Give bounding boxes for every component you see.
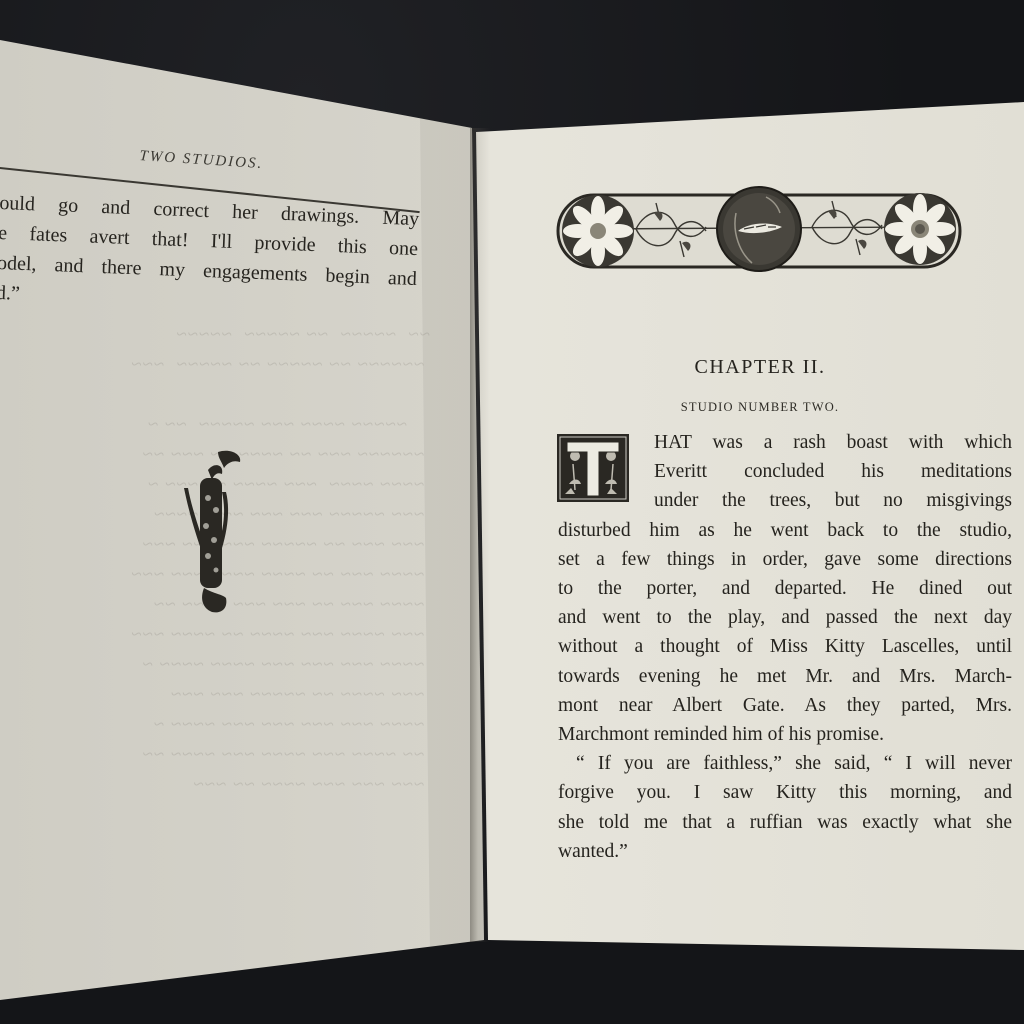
- book-gutter: [470, 128, 490, 942]
- text-line: “ If you are faithless,” she said, “ I w…: [558, 749, 1012, 778]
- text-line: forgive you. I saw Kitty this morning, a…: [558, 778, 1012, 807]
- text-line: and went to the play, and passed the nex…: [558, 603, 1012, 632]
- text-line: without a thought of Miss Kitty Lascelle…: [558, 632, 1012, 661]
- text-line: wanted.”: [558, 837, 1012, 866]
- text-line: mont near Albert Gate. As they parted, M…: [558, 691, 1012, 720]
- chapter-subtitle: STUDIO NUMBER TWO.: [560, 400, 960, 415]
- text-line: she told me that a ruffian was exactly w…: [558, 808, 1012, 837]
- chapter-body-text: HAT was a rash boast with which Everitt …: [558, 428, 1012, 866]
- text-line: under the trees, but no misgivings: [654, 486, 1012, 515]
- text-line: Marchmont reminded him of his promise.: [558, 720, 1012, 749]
- chapter-title: CHAPTER II.: [560, 356, 960, 379]
- left-page-text: ould go and correct her drawings. May e …: [0, 188, 440, 325]
- tailpiece-ornament-icon: [178, 448, 250, 616]
- text-line: Everitt concluded his meditations: [654, 457, 1012, 486]
- text-line: HAT was a rash boast with which: [654, 428, 1012, 457]
- text-line: towards evening he met Mr. and Mrs. Marc…: [558, 662, 1012, 691]
- text-line: to the porter, and departed. He dined ou…: [558, 574, 1012, 603]
- floral-headpiece-icon: [556, 183, 962, 273]
- text-line: set a few things in order, gave some dir…: [558, 545, 1012, 574]
- text-line: disturbed him as he went back to the stu…: [558, 516, 1012, 545]
